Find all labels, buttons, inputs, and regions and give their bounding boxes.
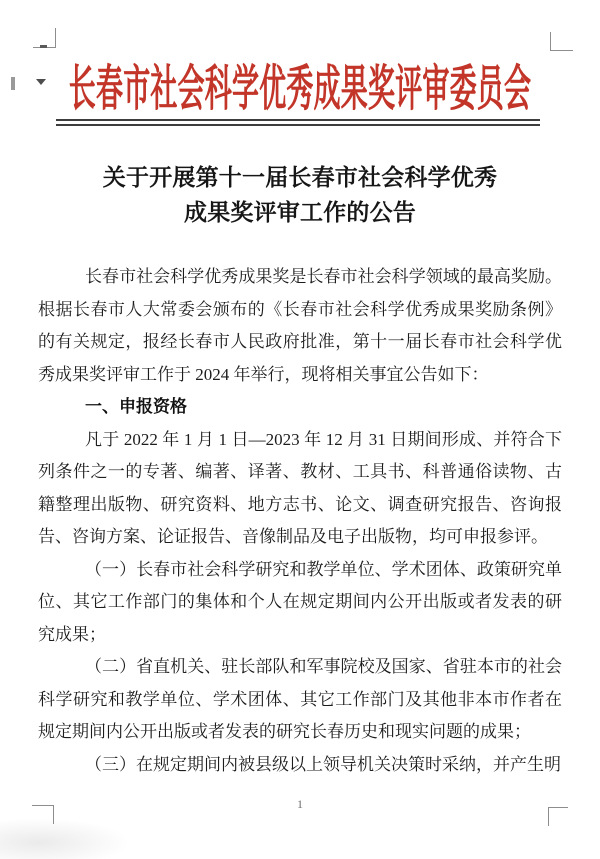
letterhead-title: 长春市社会科学优秀成果奖评审委员会 <box>69 49 531 119</box>
page-number: 1 <box>0 797 600 812</box>
letterhead-divider <box>56 119 540 126</box>
document-body: 长春市社会科学优秀成果奖是长春市社会科学领域的最高奖励。根据长春市人大常委会颁布… <box>38 261 562 781</box>
paragraph-eligibility: 凡于 2022 年 1 月 1 日—2023 年 12 月 31 日期间形成、并… <box>38 424 562 554</box>
letterhead-banner: 长春市社会科学优秀成果奖评审委员会 <box>0 48 600 120</box>
section-heading-application-qualifications: 一、申报资格 <box>38 391 562 424</box>
paragraph-item-1: （一）长春市社会科学研究和教学单位、学术团体、政策研究单位、其它工作部门的集体和… <box>38 554 562 652</box>
document-title-line1: 关于开展第十一届长春市社会科学优秀 <box>0 160 600 195</box>
paragraph-item-3: （三）在规定期间内被县级以上领导机关决策时采纳，并产生明 <box>38 749 562 782</box>
paragraph-item-2: （二）省直机关、驻长部队和军事院校及国家、省驻本市的社会科学研究和教学单位、学术… <box>38 651 562 749</box>
document-title-line2: 成果奖评审工作的公告 <box>0 195 600 230</box>
document-title: 关于开展第十一届长春市社会科学优秀 成果奖评审工作的公告 <box>0 160 600 230</box>
scanned-document-page: { "document": { "letterhead": "长春市社会科学优秀… <box>0 0 600 859</box>
scan-smudge <box>0 818 130 859</box>
paragraph-intro: 长春市社会科学优秀成果奖是长春市社会科学领域的最高奖励。根据长春市人大常委会颁布… <box>38 261 562 391</box>
